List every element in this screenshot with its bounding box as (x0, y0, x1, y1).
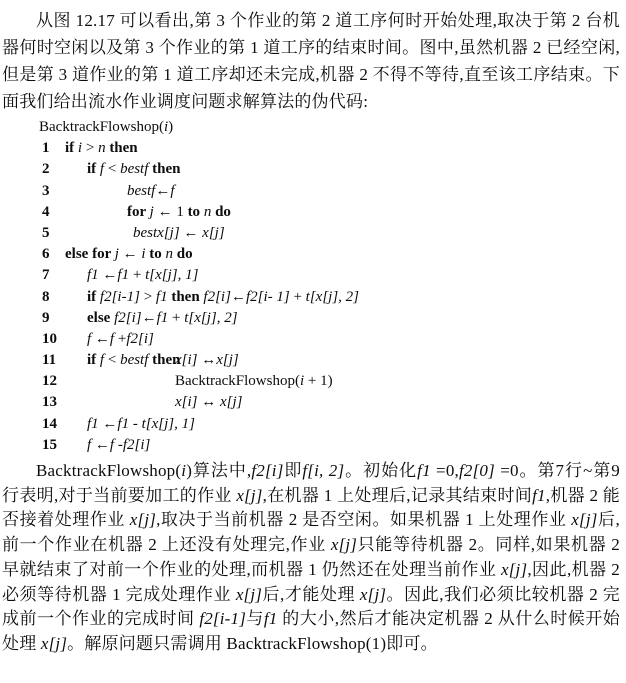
line-number: 1 (42, 138, 50, 159)
text-run: - (114, 437, 123, 453)
variable-token: f2[i] (123, 437, 151, 453)
variable-token: t[x[j], 2] (184, 310, 237, 326)
text-run: 后,才能处理 (262, 585, 360, 604)
code-line-9: 9else f2[i]←f1 + t[x[j], 2] (2, 308, 620, 329)
code-line-11: 11if f < bestf thenx[i] ↔x[j] (2, 350, 620, 371)
variable-token: x[j] (571, 510, 597, 529)
variable-token: bestf (127, 183, 155, 199)
line-number: 9 (42, 308, 50, 329)
variable-token: bestf (120, 352, 148, 368)
keyword-token: to (149, 246, 162, 262)
code-line-2: 2if f < bestf then (2, 159, 620, 180)
code-text: f ←f -f2[i] (87, 435, 150, 456)
code-text: f ←f +f2[i] (87, 329, 154, 350)
code-text-col2: BacktrackFlowshop(i + 1) (175, 371, 333, 392)
text-run: + (168, 310, 184, 326)
variable-token: f2[i-1] (199, 609, 246, 628)
text-run: ← (231, 289, 246, 305)
code-line-5: 5bestx[j] ← x[j] (2, 223, 620, 244)
variable-token: f1 (532, 486, 546, 505)
text-run: =0, (431, 461, 459, 480)
variable-token: f2[0] (459, 461, 495, 480)
code-line-15: 15f ←f -f2[i] (2, 435, 620, 456)
text-run: 。解原问题只需调用 BacktrackFlowshop(1)即可。 (67, 634, 438, 653)
text-run: BacktrackFlowshop( (175, 373, 300, 389)
text-run: - (129, 416, 142, 432)
code-text: for j ← 1 to n do (127, 202, 231, 223)
textbook-page: 从图 12.17 可以看出,第 3 个作业的第 2 道工序何时开始处理,取决于第… (0, 0, 626, 683)
variable-token: f[i, 2] (302, 461, 344, 480)
keyword-token: then (106, 140, 138, 156)
variable-token: f2[i- 1] (246, 289, 290, 305)
code-text: bestx[j] ← x[j] (133, 223, 225, 244)
variable-token: f (170, 183, 174, 199)
text-run: < (104, 352, 120, 368)
variable-token: i (141, 246, 145, 262)
code-text: bestf←f (127, 181, 175, 202)
variable-token: f2[i-1] (100, 289, 140, 305)
text-run: ← (99, 416, 118, 432)
text-run: ↔ (198, 352, 217, 368)
line-number: 6 (42, 244, 50, 265)
variable-token: x[j] (360, 585, 386, 604)
keyword-token: if (87, 161, 100, 177)
code-text: else f2[i]←f1 + t[x[j], 2] (87, 308, 238, 329)
keyword-token: else (87, 310, 114, 326)
text-run: ,在机器 1 上处理后,记录其结束时间 (263, 486, 532, 505)
text-run: > (82, 140, 98, 156)
variable-token: x[j] (331, 535, 357, 554)
text-run: ) (168, 119, 173, 135)
line-number: 5 (42, 223, 50, 244)
variable-token: x[j] (236, 486, 262, 505)
variable-token: f2[i] (114, 310, 142, 326)
text-run: BacktrackFlowshop( (39, 119, 164, 135)
text-run: 即 (284, 461, 303, 480)
keyword-token: if (87, 289, 100, 305)
line-number: 13 (42, 392, 57, 413)
keyword-token: do (215, 204, 231, 220)
text-run: ← (91, 331, 110, 347)
text-run: ← (99, 267, 118, 283)
code-text-col2: x[i] ↔x[j] (175, 350, 239, 371)
code-line-7: 7f1 ←f1 + t[x[j], 1] (2, 265, 620, 286)
text-run: ← 1 (154, 204, 188, 220)
variable-token: t[x[j], 1] (142, 416, 195, 432)
variable-token: f1 (264, 609, 278, 628)
code-text: f1 ←f1 + t[x[j], 1] (87, 265, 198, 286)
variable-token: bestf (120, 161, 148, 177)
variable-token: f1 (117, 416, 129, 432)
variable-token: f1 (156, 289, 168, 305)
line-number: 7 (42, 265, 50, 286)
text-run: ← (180, 225, 203, 241)
line-number: 15 (42, 435, 57, 456)
variable-token: f1 (87, 267, 99, 283)
variable-token: f2[i] (251, 461, 283, 480)
text-run: + (114, 331, 126, 347)
paragraph-explanation: BacktrackFlowshop(i)算法中,f2[i]即f[i, 2]。初始… (2, 459, 620, 657)
variable-token: x[j] (41, 634, 67, 653)
keyword-token: else for (65, 246, 115, 262)
code-header-text: BacktrackFlowshop(i) (39, 117, 173, 138)
variable-token: f1 (87, 416, 99, 432)
code-line-13: 13x[i] ↔ x[j] (2, 392, 620, 413)
variable-token: x[j] (216, 352, 239, 368)
text-run: > (140, 289, 156, 305)
variable-token: x[i] (175, 352, 198, 368)
variable-token: f1 (157, 310, 169, 326)
text-run: + (290, 289, 306, 305)
code-text-col2: x[i] ↔ x[j] (175, 392, 243, 413)
line-number: 3 (42, 181, 50, 202)
code-text: if f < bestf then (87, 350, 181, 371)
text-run: ↔ (198, 394, 221, 410)
text-run: ,取决于当前机器 2 是否空闲。如果机器 1 上处理作业 (156, 510, 571, 529)
keyword-token: to (188, 204, 201, 220)
code-line-10: 10f ←f +f2[i] (2, 329, 620, 350)
keyword-token: if (87, 352, 100, 368)
text-run: )算法中, (186, 461, 251, 480)
code-header-line: BacktrackFlowshop(i) (2, 117, 620, 138)
pseudocode-block: BacktrackFlowshop(i)1if i > n then2if f … (2, 117, 620, 456)
variable-token: x[j] (202, 225, 225, 241)
variable-token: n (166, 246, 174, 262)
variable-token: bestx[j] (133, 225, 180, 241)
text-run: ← (119, 246, 142, 262)
variable-token: n (98, 140, 106, 156)
variable-token: x[j] (236, 585, 262, 604)
variable-token: f2[i] (203, 289, 231, 305)
code-line-8: 8if f2[i-1] > f1 then f2[i]←f2[i- 1] + t… (2, 287, 620, 308)
variable-token: x[j] (220, 394, 243, 410)
keyword-token: then (168, 289, 204, 305)
code-line-4: 4for j ← 1 to n do (2, 202, 620, 223)
text-run: + (129, 267, 145, 283)
code-line-1: 1if i > n then (2, 138, 620, 159)
line-number: 8 (42, 287, 50, 308)
variable-token: x[j] (130, 510, 156, 529)
variable-token: x[j] (501, 560, 527, 579)
line-number: 4 (42, 202, 50, 223)
text-run: + 1) (304, 373, 332, 389)
line-number: 2 (42, 159, 50, 180)
variable-token: t[x[j], 2] (306, 289, 359, 305)
variable-token: t[x[j], 1] (145, 267, 198, 283)
variable-token: f1 (117, 267, 129, 283)
line-number: 14 (42, 414, 57, 435)
code-line-14: 14f1 ←f1 - t[x[j], 1] (2, 414, 620, 435)
code-line-3: 3bestf←f (2, 181, 620, 202)
keyword-token: do (177, 246, 193, 262)
keyword-token: then (148, 161, 180, 177)
code-text: if f2[i-1] > f1 then f2[i]←f2[i- 1] + t[… (87, 287, 359, 308)
code-text: if f < bestf then (87, 159, 181, 180)
text-run: BacktrackFlowshop( (36, 461, 181, 480)
code-text: if i > n then (65, 138, 138, 159)
paragraph-intro: 从图 12.17 可以看出,第 3 个作业的第 2 道工序何时开始处理,取决于第… (2, 7, 620, 115)
keyword-token: if (65, 140, 78, 156)
text-run: 与 (246, 609, 264, 628)
text-run: ← (91, 437, 110, 453)
line-number: 10 (42, 329, 57, 350)
variable-token: x[i] (175, 394, 198, 410)
text-run: ← (155, 183, 170, 199)
variable-token: f2[i] (126, 331, 154, 347)
text-run: ← (142, 310, 157, 326)
code-text: f1 ←f1 - t[x[j], 1] (87, 414, 195, 435)
variable-token: f1 (417, 461, 431, 480)
code-line-6: 6else for j ← i to n do (2, 244, 620, 265)
line-number: 11 (42, 350, 56, 371)
code-text: else for j ← i to n do (65, 244, 193, 265)
code-line-12: 12BacktrackFlowshop(i + 1) (2, 371, 620, 392)
text-run: < (104, 161, 120, 177)
keyword-token: for (127, 204, 150, 220)
text-run: 。初始化 (344, 461, 417, 480)
line-number: 12 (42, 371, 57, 392)
